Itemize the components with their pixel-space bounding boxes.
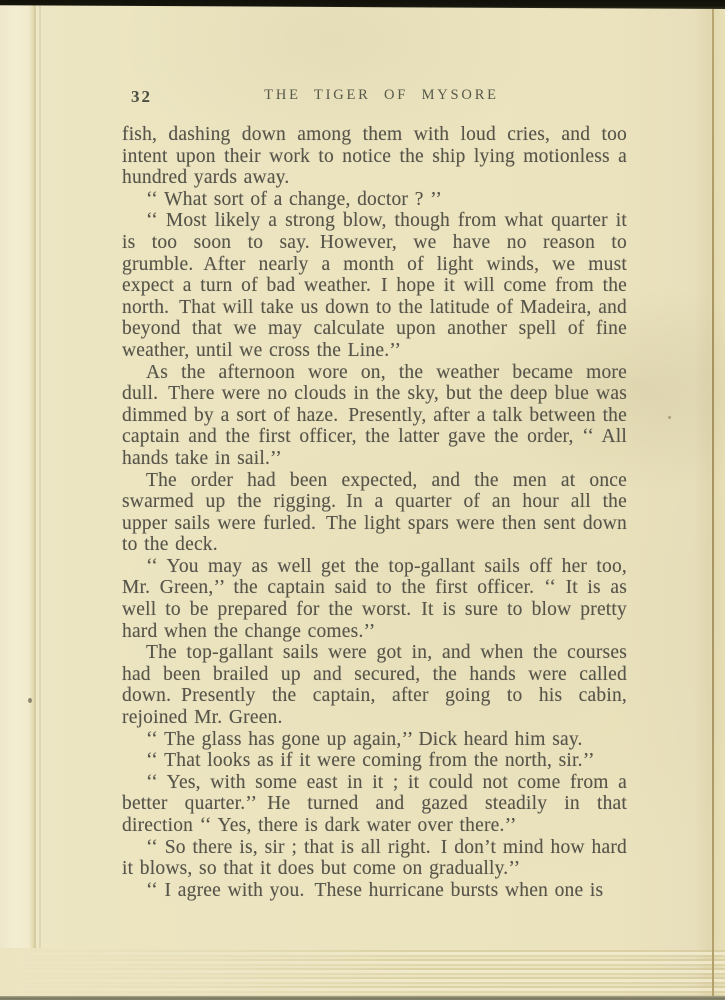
- book-bottom-page-edges: [0, 948, 725, 1000]
- page-text: fish, dashing down among them with loud …: [122, 124, 627, 901]
- paper-speck: [28, 698, 32, 703]
- scan-top-dark-edge: [0, 0, 725, 10]
- running-title: THE TIGER OF MYSORE: [122, 87, 627, 104]
- paragraph: ‘‘ So there is, sir ; that is all right.…: [122, 837, 627, 880]
- paragraph: ‘‘ You may as well get the top-gallant s…: [122, 556, 627, 642]
- paragraph: ‘‘ I agree with you. These hurricane bur…: [122, 880, 627, 902]
- paragraph: fish, dashing down among them with loud …: [122, 124, 627, 189]
- scan-bottom-edge-line: [0, 996, 725, 1000]
- paragraph: ‘‘ That looks as if it were coming from …: [122, 750, 627, 772]
- page-fold-crease-line: [39, 0, 41, 1000]
- paragraph: The top-gallant sails were got in, and w…: [122, 642, 627, 728]
- paragraph: ‘‘ What sort of a change, doctor ? ’’: [122, 189, 627, 211]
- paragraph: ‘‘ Most likely a strong blow, though fro…: [122, 210, 627, 361]
- paragraph: The order had been expected, and the men…: [122, 470, 627, 556]
- page-number: 32: [131, 87, 152, 107]
- page-right-edge-line: [712, 7, 714, 1000]
- paragraph: ‘‘ Yes, with some east in it ; it could …: [122, 772, 627, 837]
- page-right-shading: [695, 0, 725, 1000]
- book-page-scan: 32 THE TIGER OF MYSORE fish, dashing dow…: [0, 0, 725, 1000]
- page-header: 32 THE TIGER OF MYSORE: [122, 87, 627, 107]
- paragraph: As the afternoon wore on, the weather be…: [122, 362, 627, 470]
- paragraph: ‘‘ The glass has gone up again,’’ Dick h…: [122, 729, 627, 751]
- paper-speck: [668, 416, 671, 419]
- page-fold-crease: [0, 0, 36, 1000]
